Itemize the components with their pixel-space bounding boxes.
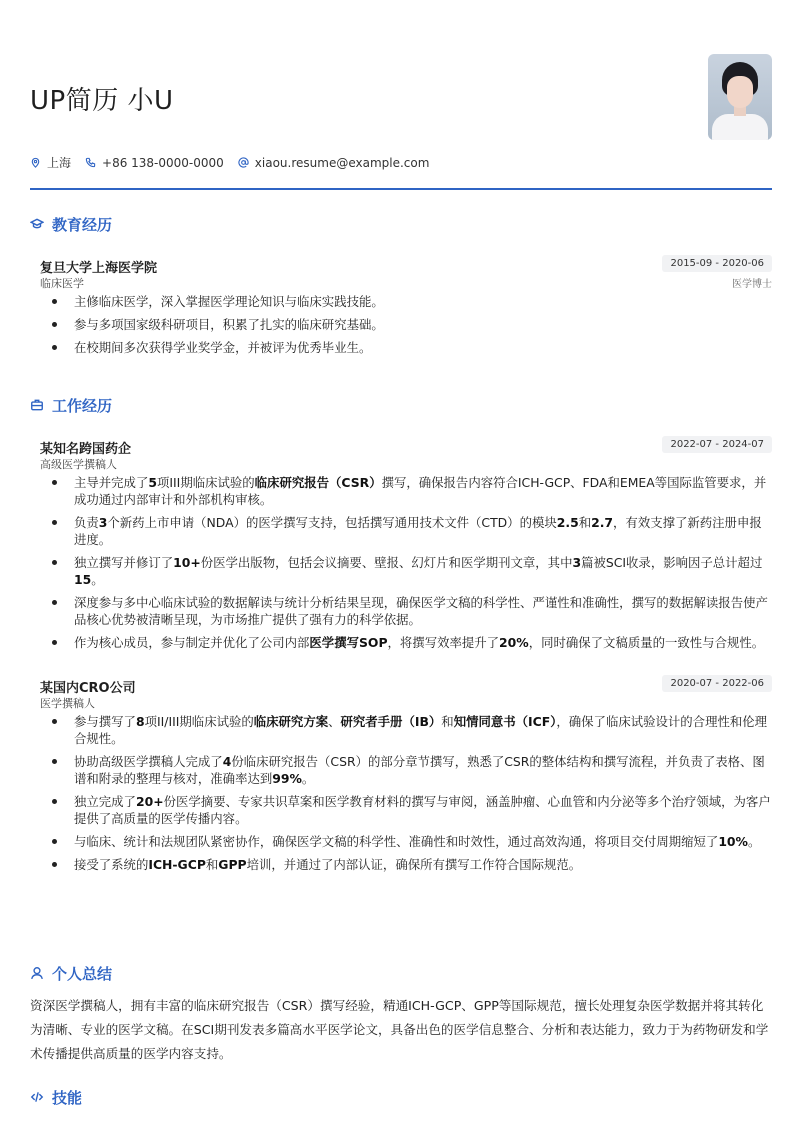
education-entry: 复旦大学上海医学院 临床医学 2015-09 - 2020-06 医学博士 主修… xyxy=(40,257,772,356)
bullet-item: 主导并完成了5项III期临床试验的临床研究报告（CSR）撰写，确保报告内容符合I… xyxy=(40,474,772,508)
contact-info: 上海 +86 138-0000-0000 xiaou.resume@exampl… xyxy=(30,154,429,171)
bullet-item: 接受了系统的ICH-GCP和GPP培训，并通过了内部认证，确保所有撰写工作符合国… xyxy=(40,856,772,873)
education-section-title: 教育经历 xyxy=(30,213,772,235)
skills-section-title: 技能 xyxy=(30,1086,772,1108)
contact-location: 上海 xyxy=(30,154,71,171)
bullet-item: 与临床、统计和法规团队紧密协作，确保医学文稿的科学性、准确性和时效性，通过高效沟… xyxy=(40,833,772,850)
summary-section-title: 个人总结 xyxy=(30,962,772,984)
email-text[interactable]: xiaou.resume@example.com xyxy=(255,156,430,170)
work-section-title: 工作经历 xyxy=(30,394,772,416)
code-icon xyxy=(30,1090,44,1104)
job-role: 医学撰稿人 xyxy=(40,695,95,711)
bullet-item: 参与撰写了8项II/III期临床试验的临床研究方案、研究者手册（IB）和知情同意… xyxy=(40,713,772,747)
at-sign-icon xyxy=(238,157,249,168)
bullet-item: 主修临床医学，深入掌握医学理论知识与临床实践技能。 xyxy=(40,293,772,310)
summary-section: 个人总结 资深医学撰稿人，拥有丰富的临床研究报告（CSR）撰写经验，精通ICH-… xyxy=(30,962,772,1066)
graduation-cap-icon xyxy=(30,217,44,231)
work-entry: 某国内CRO公司 医学撰稿人 2020-07 - 2022-06 参与撰写了8项… xyxy=(40,677,772,873)
location-text: 上海 xyxy=(47,154,71,171)
bullet-item: 在校期间多次获得学业奖学金，并被评为优秀毕业生。 xyxy=(40,339,772,356)
summary-text: 资深医学撰稿人，拥有丰富的临床研究报告（CSR）撰写经验，精通ICH-GCP、G… xyxy=(30,994,772,1066)
resume-header: UP简历 小U 上海 +86 138-0000-0000 xiaou.resum… xyxy=(30,0,772,200)
bullet-item: 负责3个新药上市申请（NDA）的医学撰写支持，包括撰写通用技术文件（CTD）的模… xyxy=(40,514,772,548)
work-section: 工作经历 某知名跨国药企 高级医学撰稿人 2022-07 - 2024-07 主… xyxy=(30,394,772,879)
date-badge: 2020-07 - 2022-06 xyxy=(662,675,772,692)
bullet-item: 协助高级医学撰稿人完成了4份临床研究报告（CSR）的部分章节撰写，熟悉了CSR的… xyxy=(40,753,772,787)
bullet-item: 独立完成了20+份医学摘要、专家共识草案和医学教育材料的撰写与审阅，涵盖肿瘤、心… xyxy=(40,793,772,827)
work-bullets: 主导并完成了5项III期临床试验的临床研究报告（CSR）撰写，确保报告内容符合I… xyxy=(40,474,772,651)
contact-email: xiaou.resume@example.com xyxy=(238,156,430,170)
date-badge: 2022-07 - 2024-07 xyxy=(662,436,772,453)
education-section: 教育经历 复旦大学上海医学院 临床医学 2015-09 - 2020-06 医学… xyxy=(30,213,772,362)
date-badge: 2015-09 - 2020-06 xyxy=(662,255,772,272)
briefcase-icon xyxy=(30,398,44,412)
bullet-item: 深度参与多中心临床试验的数据解读与统计分析结果呈现，确保医学文稿的科学性、严谨性… xyxy=(40,594,772,628)
contact-phone: +86 138-0000-0000 xyxy=(85,156,224,170)
major: 临床医学 xyxy=(40,275,84,291)
school-name: 复旦大学上海医学院 xyxy=(40,257,157,276)
avatar-photo xyxy=(708,54,772,140)
candidate-name: UP简历 小U xyxy=(30,80,174,117)
degree: 医学博士 xyxy=(732,275,772,290)
work-bullets: 参与撰写了8项II/III期临床试验的临床研究方案、研究者手册（IB）和知情同意… xyxy=(40,713,772,873)
skills-section: 技能 xyxy=(30,1086,772,1108)
bullet-item: 参与多项国家级科研项目，积累了扎实的临床研究基础。 xyxy=(40,316,772,333)
location-pin-icon xyxy=(30,157,41,168)
company-name: 某知名跨国药企 xyxy=(40,438,131,457)
bullet-item: 作为核心成员，参与制定并优化了公司内部医学撰写SOP，将撰写效率提升了20%，同… xyxy=(40,634,772,651)
phone-text: +86 138-0000-0000 xyxy=(102,156,224,170)
education-bullets: 主修临床医学，深入掌握医学理论知识与临床实践技能。 参与多项国家级科研项目，积累… xyxy=(40,293,772,356)
user-icon xyxy=(30,966,44,980)
job-role: 高级医学撰稿人 xyxy=(40,456,117,472)
header-divider xyxy=(30,188,772,190)
work-entry: 某知名跨国药企 高级医学撰稿人 2022-07 - 2024-07 主导并完成了… xyxy=(40,438,772,651)
bullet-item: 独立撰写并修订了10+份医学出版物，包括会议摘要、壁报、幻灯片和医学期刊文章，其… xyxy=(40,554,772,588)
resume-page: UP简历 小U 上海 +86 138-0000-0000 xiaou.resum… xyxy=(30,0,772,200)
phone-icon xyxy=(85,157,96,168)
company-name: 某国内CRO公司 xyxy=(40,677,136,696)
